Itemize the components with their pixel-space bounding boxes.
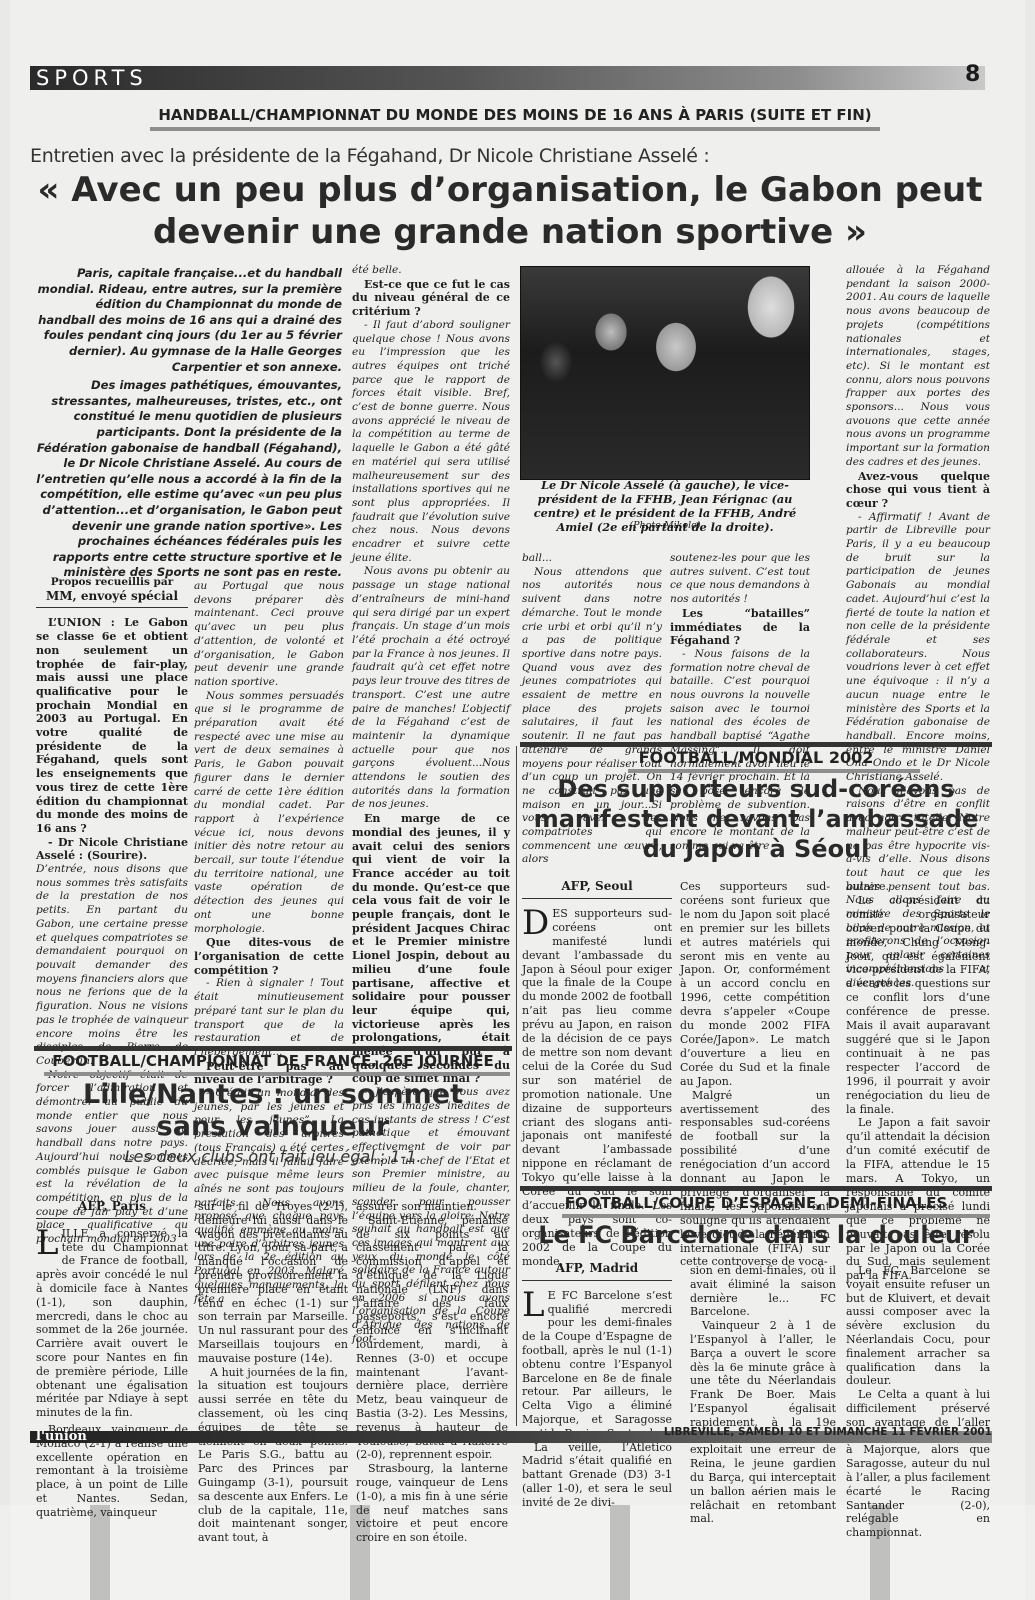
article1-column-2: au Portugal que nous devons préparer dès… [194, 580, 344, 1306]
answer: D’entrée, nous disons que nous sommes tr… [36, 863, 188, 1069]
article3-headline-line2: manifestent devant l’ambassade [520, 806, 992, 832]
kicker-rule [562, 1214, 990, 1218]
kicker-rule [150, 127, 880, 131]
answer: Nous sommes persuadés que si le programm… [194, 690, 344, 937]
issue-date: LIBREVILLE, SAMEDI 10 ET DIMANCHE 11 FÉV… [660, 1426, 992, 1438]
lede-paragraph: Des images pathétiques, émouvantes, stre… [36, 378, 342, 581]
article3-headline-line1: Des supporteurs sud-coréens [520, 776, 992, 802]
page-number: 8 [965, 62, 980, 87]
paragraph: ILLE a conservé la tête du Championnat d… [36, 1227, 188, 1419]
paragraph: sion en demi-finales, où il avait élimin… [690, 1264, 836, 1319]
article3-headline-line3: du Japon à Séoul [520, 836, 992, 862]
section-divider [520, 742, 992, 747]
article4-kicker: FOOTBALL/COUPE D’ESPAGNE, DEMI-FINALES [520, 1194, 992, 1212]
article2-column-2: sur le fil de Troyes (2-1), demeure lui … [198, 1200, 348, 1545]
paragraph: Ces supporteurs sud-coréens sont furieux… [680, 880, 830, 1089]
byline: AFP, Seoul [522, 880, 672, 899]
article4-column-1: AFP, Madrid LE FC Barcelone s’est qualif… [522, 1262, 672, 1510]
article2-subhead: Les deux clubs ont fait jeu égal : 1-1. [34, 1147, 512, 1166]
article1-headline-line2: devenir une grande nation sportive » [30, 214, 990, 251]
question: Est-ce que ce fut le cas du niveau génér… [352, 278, 510, 319]
dropcap: D [522, 909, 549, 937]
paragraph: sur le fil de Troyes (2-1), demeure lui … [198, 1200, 348, 1366]
paragraph: La veille, l’Atletico Madrid s’était qua… [522, 1441, 672, 1510]
newspaper-logo: l'union [36, 1429, 87, 1444]
article2-column-1: AFP, Paris LILLE a conservé la tête du C… [36, 1200, 188, 1520]
photo-officials [520, 266, 810, 480]
question: Avez-vous quelque chose qui vous tient à… [846, 470, 990, 511]
article3-kicker: FOOTBALL/MONDIAL 2002 [520, 748, 992, 767]
column-divider [516, 746, 517, 1426]
answer: allouée à la Fégahand pendant la saison … [846, 264, 990, 470]
paragraph: bulaire. [846, 880, 990, 894]
answer: ball... [522, 552, 662, 566]
answer: - Il faut d’abord souligner quelque chos… [352, 319, 510, 566]
byline: AFP, Paris [36, 1200, 188, 1219]
article1-headline-line1: « Avec un peu plus d’organisation, le Ga… [30, 172, 990, 209]
paragraph: Saint-Etienne, pénalisé de six points au… [356, 1214, 508, 1462]
article2-headline-line2: sans vainqueur [34, 1112, 512, 1142]
dropcap: L [522, 1291, 545, 1319]
answer: été belle. [352, 264, 510, 278]
article1-kicker: HANDBALL/CHAMPIONNAT DU MONDE DES MOINS … [150, 106, 880, 124]
question: Que dites-vous de l’organisation de cett… [194, 936, 344, 977]
article4-column-2: sion en demi-finales, où il avait élimin… [690, 1264, 836, 1526]
byline-line: Propos recueillis par [36, 576, 188, 590]
article4-column-3: Le FC Barcelone se voyait ensuite refuse… [846, 1264, 990, 1540]
paragraph: Vainqueur 2 à 1 de l’Espanyol à l’aller,… [690, 1319, 836, 1526]
question: L’UNION : Le Gabon se classe 6e et obtie… [36, 616, 188, 835]
paragraph: Le co-président du comité organisateur c… [846, 894, 990, 1117]
paragraph: Le FC Barcelone se voyait ensuite refuse… [846, 1264, 990, 1388]
lede-paragraph: Paris, capitale française...et du handba… [36, 266, 342, 375]
paragraph: assurer son maintien. [356, 1200, 508, 1214]
section-bar [30, 66, 985, 90]
article1-column-3: été belle. Est-ce que ce fut le cas du n… [352, 264, 510, 1347]
section-divider [34, 1046, 512, 1051]
answer: soutenez-les pour que les autres suivent… [670, 552, 810, 607]
answer: Nous avons pu obtenir au passage un stag… [352, 565, 510, 812]
byline-line: MM, envoyé spécial [36, 590, 188, 604]
article1-lede: Paris, capitale française...et du handba… [36, 266, 342, 581]
article2-kicker: FOOTBALL/CHAMPIONNAT DE FRANCE, 26E JOUR… [34, 1052, 512, 1070]
kicker-rule [44, 1072, 510, 1076]
section-label: SPORTS [36, 66, 148, 90]
question: Les “batailles” immédiates de la Fégahan… [670, 607, 810, 648]
kicker-rule [628, 769, 920, 773]
article4-headline: Le FC Barcelone dans la douleur [520, 1222, 992, 1248]
article1-subhead: Entretien avec la présidente de la Fégah… [30, 145, 709, 167]
paragraph: Strasbourg, la lanterne rouge, vainqueur… [356, 1462, 508, 1545]
answer: au Portugal que nous devons préparer dès… [194, 580, 344, 690]
section-divider [520, 1186, 992, 1191]
article2-column-3: assurer son maintien. Saint-Etienne, pén… [356, 1200, 508, 1545]
speaker: - Dr Nicole Christiane Asselé : (Sourire… [36, 836, 188, 863]
dropcap: L [36, 1229, 59, 1257]
byline: Propos recueillis par MM, envoyé spécial [36, 576, 188, 608]
article2-headline-line1: Lille/Nantes : un sommet [34, 1080, 512, 1110]
byline: AFP, Madrid [522, 1262, 672, 1281]
photo-credit: (Photo Mikolo) [522, 520, 808, 531]
paragraph: Le Celta a quant à lui difficilement pré… [846, 1388, 990, 1540]
paragraph: A huit journées de la fin, la situation … [198, 1366, 348, 1545]
